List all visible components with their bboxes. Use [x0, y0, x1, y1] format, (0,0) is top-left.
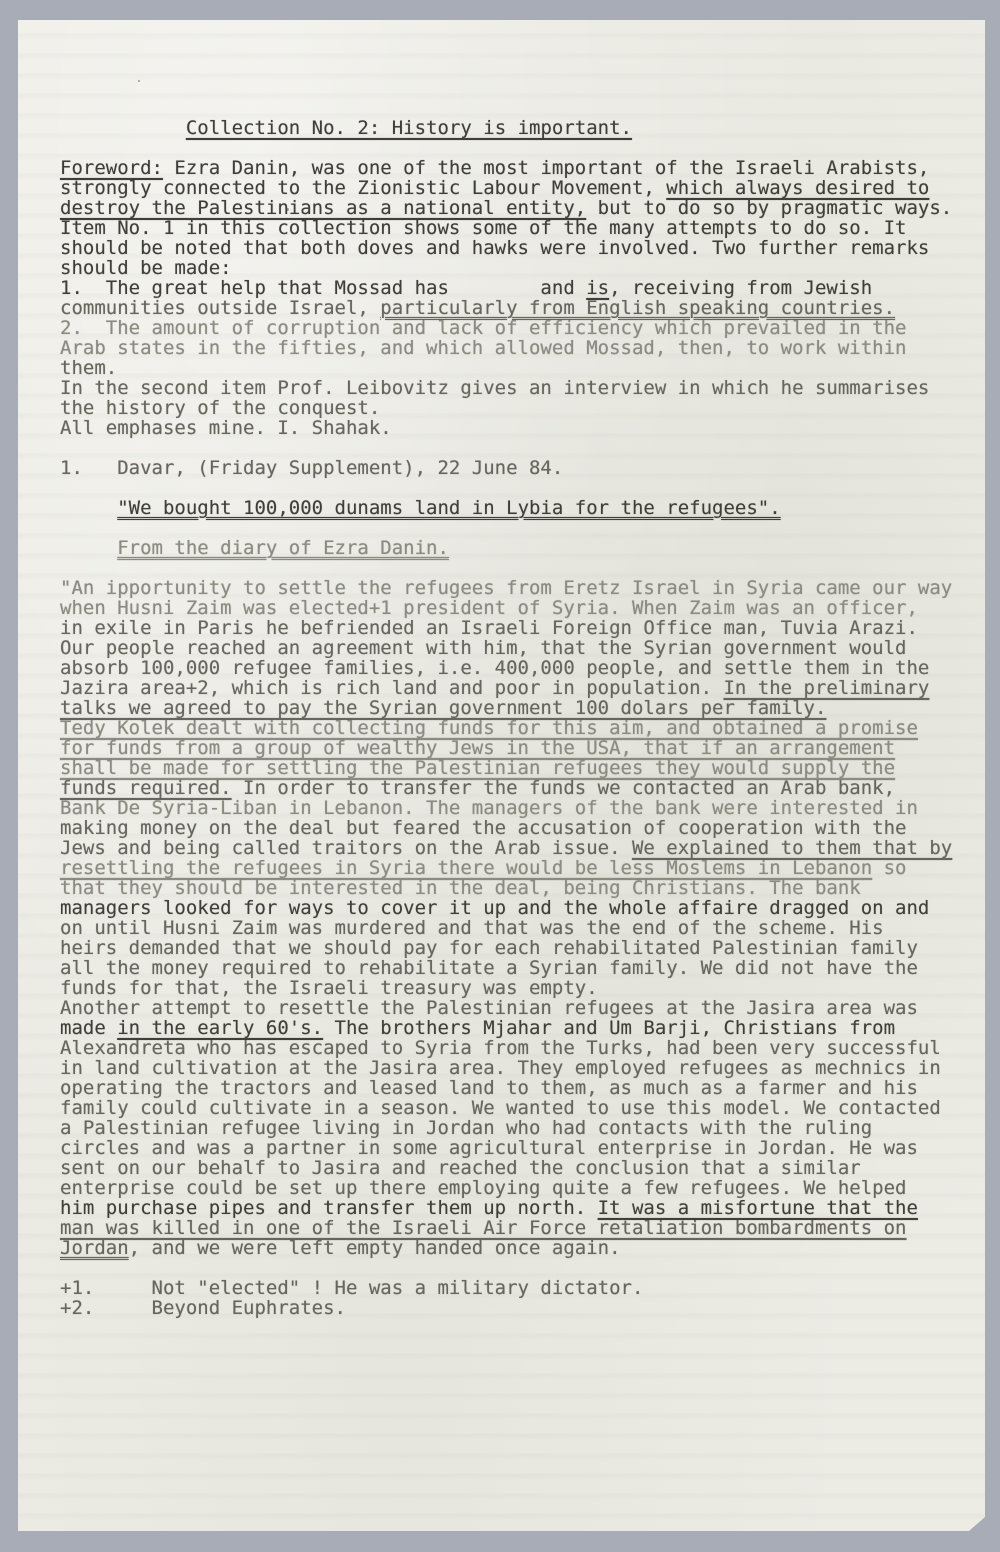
body-line: shall be made for settling the Palestini… [60, 758, 985, 778]
footnote-1: +1. Not "elected" ! He was a military di… [60, 1278, 985, 1298]
body-line: made in the early 60's. The brothers Mja… [60, 1018, 985, 1038]
body-line: Another attempt to resettle the Palestin… [60, 998, 985, 1018]
foreword-line: communities outside Israel, particularly… [60, 298, 985, 318]
body-line: man was killed in one of the Israeli Air… [60, 1218, 985, 1238]
text-line [60, 138, 985, 158]
body-line: operating the tractors and leased land t… [60, 1078, 985, 1098]
foreword-line: Foreword: Ezra Danin, was one of the mos… [60, 158, 985, 178]
body-line: managers looked for ways to cover it up … [60, 898, 985, 918]
body-line: Our people reached an agreement with him… [60, 638, 985, 658]
text-line [60, 558, 985, 578]
document-title: Collection No. 2: History is important. [60, 118, 985, 138]
body-line: in land cultivation at the Jasira area. … [60, 1058, 985, 1078]
body-line: Jazira area+2, which is rich land and po… [60, 678, 985, 698]
body-line: him purchase pipes and transfer them up … [60, 1198, 985, 1218]
body-line: all the money required to rehabilitate a… [60, 958, 985, 978]
foreword-line: 1. The great help that Mossad has and is… [60, 278, 985, 298]
text-line [60, 478, 985, 498]
article-subheading: From the diary of Ezra Danin. [60, 538, 985, 558]
foreword-line: Arab states in the fifties, and which al… [60, 338, 985, 358]
foreword-line: them. [60, 358, 985, 378]
body-line: Bank De Syria-Liban in Lebanon. The mana… [60, 798, 985, 818]
foreword-line: In the second item Prof. Leibovitz gives… [60, 378, 985, 398]
body-line: talks we agreed to pay the Syrian govern… [60, 698, 985, 718]
body-line: resettling the refugees in Syria there w… [60, 858, 985, 878]
body-line: family could cultivate in a season. We w… [60, 1098, 985, 1118]
body-line: that they should be interested in the de… [60, 878, 985, 898]
article-headline: "We bought 100,000 dunams land in Lybia … [60, 498, 985, 518]
body-line: sent on our behalf to Jasira and reached… [60, 1158, 985, 1178]
text-line [60, 438, 985, 458]
body-line: for funds from a group of wealthy Jews i… [60, 738, 985, 758]
body-line: heirs demanded that we should pay for ea… [60, 938, 985, 958]
body-line: making money on the deal but feared the … [60, 818, 985, 838]
body-line: enterprise could be set up there employi… [60, 1178, 985, 1198]
body-line: Alexandreta who has escaped to Syria fro… [60, 1038, 985, 1058]
body-line: in exile in Paris he befriended an Israe… [60, 618, 985, 638]
body-line: when Husni Zaim was elected+1 president … [60, 598, 985, 618]
body-line: a Palestinian refugee living in Jordan w… [60, 1118, 985, 1138]
body-line: funds required. In order to transfer the… [60, 778, 985, 798]
document-text: Collection No. 2: History is important.F… [18, 20, 985, 1318]
body-line: "An ipportunity to settle the refugees f… [60, 578, 985, 598]
foreword-line: the history of the conquest. [60, 398, 985, 418]
text-line [60, 518, 985, 538]
foreword-line: Item No. 1 in this collection shows some… [60, 218, 985, 238]
foreword-line: should be noted that both doves and hawk… [60, 238, 985, 258]
body-line: absorb 100,000 refugee families, i.e. 40… [60, 658, 985, 678]
document-page: Collection No. 2: History is important.F… [18, 20, 985, 1531]
foreword-line: strongly connected to the Zionistic Labo… [60, 178, 985, 198]
body-line: funds for that, the Israeli treasury was… [60, 978, 985, 998]
foreword-line: All emphases mine. I. Shahak. [60, 418, 985, 438]
footnote-2: +2. Beyond Euphrates. [60, 1298, 985, 1318]
foreword-line: 2. The amount of corruption and lack of … [60, 318, 985, 338]
foreword-line: destroy the Palestinians as a national e… [60, 198, 985, 218]
body-line: Jews and being called traitors on the Ar… [60, 838, 985, 858]
body-line: Tedy Kolek dealt with collecting funds f… [60, 718, 985, 738]
text-line [60, 1258, 985, 1278]
article-source: 1. Davar, (Friday Supplement), 22 June 8… [60, 458, 985, 478]
body-line: circles and was a partner in some agricu… [60, 1138, 985, 1158]
body-line: Jordan, and we were left empty handed on… [60, 1238, 985, 1258]
body-line: on until Husni Zaim was murdered and tha… [60, 918, 985, 938]
foreword-line: should be made: [60, 258, 985, 278]
